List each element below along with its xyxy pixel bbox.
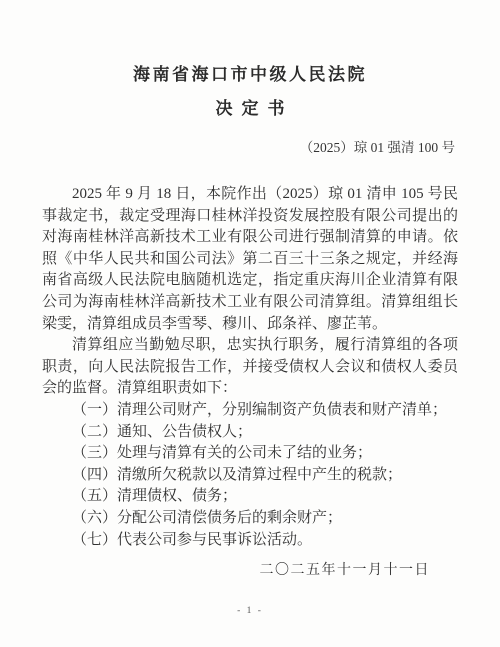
paragraph-duties-intro: 清算组应当勤勉尽职，忠实执行职务，履行清算组的各项职责，向人民法院报告工作，并接… [42, 335, 458, 400]
document-title: 决定书 [0, 94, 500, 119]
court-name: 海南省海口市中级人民法院 [0, 0, 500, 85]
duty-item-4: （四）清缴所欠税款以及清算过程中产生的税款； [42, 465, 458, 487]
document-page: 海南省海口市中级人民法院 决定书 （2025）琼 01 强清 100 号 202… [0, 0, 500, 647]
duty-item-5: （五）清理债权、债务； [42, 486, 458, 508]
page-number: - 1 - [0, 606, 500, 616]
duty-item-7: （七）代表公司参与民事诉讼活动。 [42, 530, 458, 552]
case-number: （2025）琼 01 强清 100 号 [0, 136, 500, 156]
duty-item-2: （二）通知、公告债权人； [42, 422, 458, 444]
duty-item-1: （一）清理公司财产，分别编制资产负债表和财产清单； [42, 400, 458, 422]
duty-item-6: （六）分配公司清偿债务后的剩余财产； [42, 508, 458, 530]
duty-item-3: （三）处理与清算有关的公司未了结的业务； [42, 443, 458, 465]
document-date: 二〇二五年十一月十一日 [260, 559, 431, 579]
paragraph-ruling: 2025 年 9 月 18 日，本院作出（2025）琼 01 清申 105 号民… [42, 184, 458, 335]
